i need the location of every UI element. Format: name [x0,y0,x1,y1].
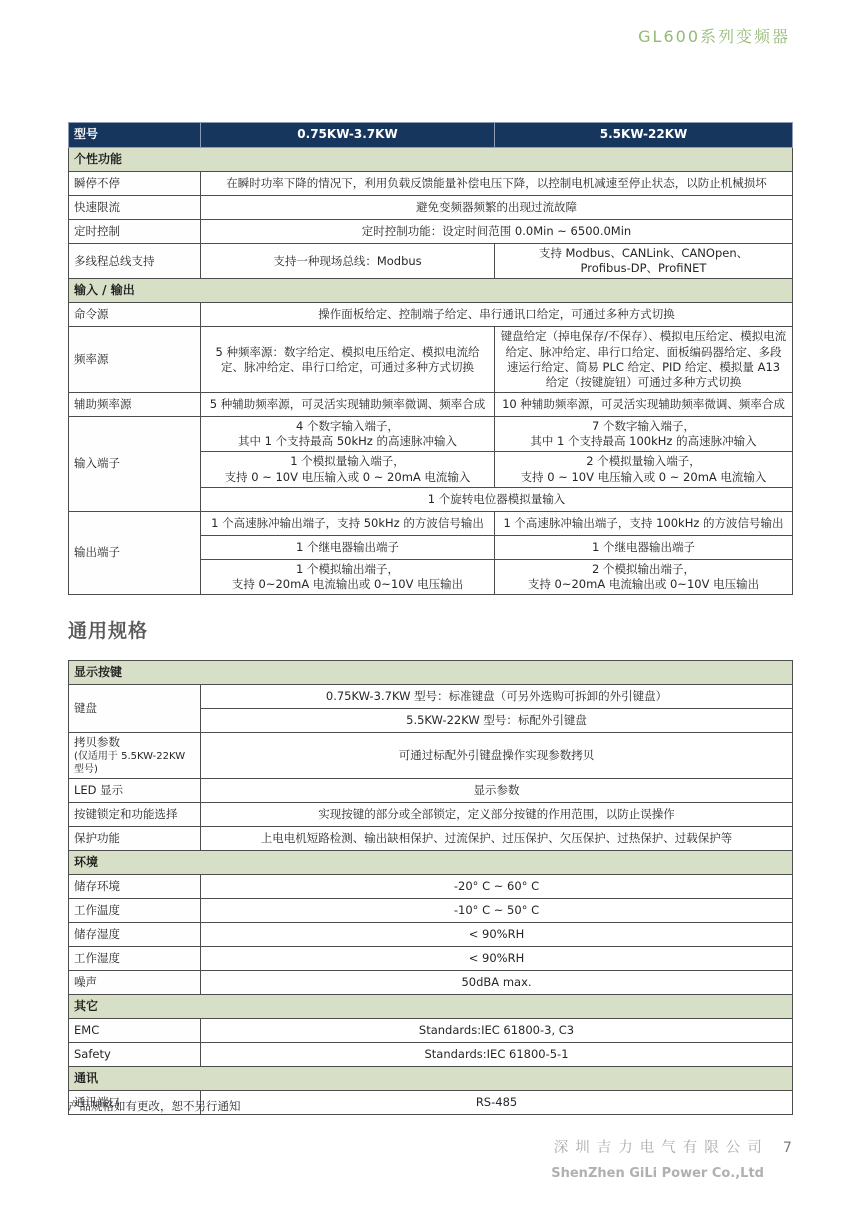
company-name-line: 深圳吉力电气有限公司7 [551,1136,792,1157]
row-label: 按键锁定和功能选择 [69,803,201,827]
cell-value: 1 个高速脉冲输出端子，支持 100kHz 的方波信号输出 [495,511,793,535]
cell-value: 上电电机短路检测、输出缺相保护、过流保护、过压保护、欠压保护、过热保护、过载保护… [201,827,793,851]
cell-value: 7 个数字输入端子， 其中 1 个支持最高 100kHz 的高速脉冲输入 [495,417,793,452]
page-title: GL600系列变频器 [638,24,790,47]
table-row: 多线程总线支持 支持一种现场总线：Modbus 支持 Modbus、CANLin… [69,244,793,279]
row-label: 输出端子 [69,511,201,594]
row-label: 瞬停不停 [69,172,201,196]
cell-value: 1 个模拟量输入端子， 支持 0 ~ 10V 电压输入或 0 ~ 20mA 电流… [201,452,495,487]
section-header: 通讯 [69,1067,793,1091]
section-header: 个性功能 [69,148,793,172]
cell-value: 10 种辅助频率源，可灵活实现辅助频率微调、频率合成 [495,393,793,417]
cell-value: 操作面板给定、控制端子给定、串行通讯口给定，可通过多种方式切换 [201,303,793,327]
row-label: 定时控制 [69,220,201,244]
section-row-other: 其它 [69,995,793,1019]
table-row: 辅助频率源 5 种辅助频率源，可灵活实现辅助频率微调、频率合成 10 种辅助频率… [69,393,793,417]
cell-value: 1 个继电器输出端子 [495,535,793,559]
section-row-communication: 通讯 [69,1067,793,1091]
row-label: 输入端子 [69,417,201,512]
cell-value: -20° C ~ 60° C [201,875,793,899]
row-label: 拷贝参数 (仅适用于 5.5KW-22KW 型号) [69,733,201,779]
cell-value: 1 个旋转电位器模拟量输入 [201,487,793,511]
cell-value: 5 种频率源：数字给定、模拟电压给定、模拟电流给定、脉冲给定、串行口给定，可通过… [201,327,495,393]
page-number: 7 [783,1140,792,1156]
general-spec-table: 显示按键 键盘 0.75KW-3.7KW 型号：标准键盘（可另外选购可拆卸的外引… [68,660,793,1115]
cell-value: 1 个模拟输出端子， 支持 0~20mA 电流输出或 0~10V 电压输出 [201,559,495,594]
table-row: 输入端子 4 个数字输入端子， 其中 1 个支持最高 50kHz 的高速脉冲输入… [69,417,793,452]
table-row: 工作湿度 < 90%RH [69,947,793,971]
cell-value: 50dBA max. [201,971,793,995]
table-row: 拷贝参数 (仅适用于 5.5KW-22KW 型号) 可通过标配外引键盘操作实现参… [69,733,793,779]
cell-value: 0.75KW-3.7KW 型号：标准键盘（可另外选购可拆卸的外引键盘） [201,685,793,709]
table-row: Safety Standards:IEC 61800-5-1 [69,1043,793,1067]
cell-value: 5 种辅助频率源，可灵活实现辅助频率微调、频率合成 [201,393,495,417]
page-footer: 深圳吉力电气有限公司7 ShenZhen GiLi Power Co.,Ltd [551,1136,792,1181]
section-header: 显示按键 [69,661,793,685]
table-row: 储存环境 -20° C ~ 60° C [69,875,793,899]
table-row: 按键锁定和功能选择 实现按键的部分或全部锁定，定义部分按键的作用范围，以防止误操… [69,803,793,827]
table-row: 工作温度 -10° C ~ 50° C [69,899,793,923]
document-page: GL600系列变频器 型号 0.75KW-3.7KW 5.5KW-22KW 个性… [0,0,860,1214]
cell-value: RS-485 [201,1091,793,1115]
cell-value: 4 个数字输入端子， 其中 1 个支持最高 50kHz 的高速脉冲输入 [201,417,495,452]
row-label: 快速限流 [69,196,201,220]
cell-value: 避免变频器频繁的出现过流故障 [201,196,793,220]
cell-value: 1 个继电器输出端子 [201,535,495,559]
row-label: 工作温度 [69,899,201,923]
row-label: 保护功能 [69,827,201,851]
table-row: EMC Standards:IEC 61800-3, C3 [69,1019,793,1043]
general-specs-heading: 通用规格 [68,616,148,643]
cell-value: 2 个模拟输出端子， 支持 0~20mA 电流输出或 0~10V 电压输出 [495,559,793,594]
section-header: 环境 [69,851,793,875]
cell-value: 1 个高速脉冲输出端子，支持 50kHz 的方波信号输出 [201,511,495,535]
row-label: 多线程总线支持 [69,244,201,279]
col-header-model: 型号 [69,123,201,148]
cell-value: 5.5KW-22KW 型号：标配外引键盘 [201,709,793,733]
cell-value: 在瞬时功率下降的情况下，利用负载反馈能量补偿电压下降，以控制电机减速至停止状态，… [201,172,793,196]
table-row: 频率源 5 种频率源：数字给定、模拟电压给定、模拟电流给定、脉冲给定、串行口给定… [69,327,793,393]
cell-value: 实现按键的部分或全部锁定，定义部分按键的作用范围，以防止误操作 [201,803,793,827]
section-row-display-keys: 显示按键 [69,661,793,685]
table-row: 快速限流 避免变频器频繁的出现过流故障 [69,196,793,220]
row-label: 工作湿度 [69,947,201,971]
section-row-environment: 环境 [69,851,793,875]
company-name-cn: 深圳吉力电气有限公司 [554,1140,769,1156]
section-row-personal: 个性功能 [69,148,793,172]
cell-value: Standards:IEC 61800-5-1 [201,1043,793,1067]
section-header: 输入 / 输出 [69,279,793,303]
col-header-large-power: 5.5KW-22KW [495,123,793,148]
row-label: EMC [69,1019,201,1043]
table-row: 命令源 操作面板给定、控制端子给定、串行通讯口给定，可通过多种方式切换 [69,303,793,327]
table-row: 保护功能 上电电机短路检测、输出缺相保护、过流保护、过压保护、欠压保护、过热保护… [69,827,793,851]
section-row-io: 输入 / 输出 [69,279,793,303]
cell-value: 2 个模拟量输入端子， 支持 0 ~ 10V 电压输入或 0 ~ 20mA 电流… [495,452,793,487]
table-row: 输出端子 1 个高速脉冲输出端子，支持 50kHz 的方波信号输出 1 个高速脉… [69,511,793,535]
table-row: 储存湿度 < 90%RH [69,923,793,947]
cell-value: Standards:IEC 61800-3, C3 [201,1019,793,1043]
cell-value: -10° C ~ 50° C [201,899,793,923]
disclaimer-note: 产品规格如有更改，恕不另行通知 [68,1098,241,1114]
table-header-row: 型号 0.75KW-3.7KW 5.5KW-22KW [69,123,793,148]
cell-value: 支持 Modbus、CANLink、CANOpen、 Profibus-DP、P… [495,244,793,279]
row-label: 命令源 [69,303,201,327]
row-label: 噪声 [69,971,201,995]
table-row: 定时控制 定时控制功能：设定时间范围 0.0Min ~ 6500.0Min [69,220,793,244]
row-label-note: (仅适用于 5.5KW-22KW 型号) [74,750,195,776]
table-row: LED 显示 显示参数 [69,779,793,803]
table-row: 噪声 50dBA max. [69,971,793,995]
col-header-small-power: 0.75KW-3.7KW [201,123,495,148]
cell-value: 显示参数 [201,779,793,803]
section-header: 其它 [69,995,793,1019]
cell-value: 支持一种现场总线：Modbus [201,244,495,279]
cell-value: 可通过标配外引键盘操作实现参数拷贝 [201,733,793,779]
cell-value: < 90%RH [201,947,793,971]
row-label: 储存环境 [69,875,201,899]
row-label: LED 显示 [69,779,201,803]
cell-value: 定时控制功能：设定时间范围 0.0Min ~ 6500.0Min [201,220,793,244]
model-spec-table: 型号 0.75KW-3.7KW 5.5KW-22KW 个性功能 瞬停不停 在瞬时… [68,122,793,595]
row-label: Safety [69,1043,201,1067]
cell-value: < 90%RH [201,923,793,947]
row-label: 储存湿度 [69,923,201,947]
table-row: 瞬停不停 在瞬时功率下降的情况下，利用负载反馈能量补偿电压下降，以控制电机减速至… [69,172,793,196]
row-label: 键盘 [69,685,201,733]
table-row: 键盘 0.75KW-3.7KW 型号：标准键盘（可另外选购可拆卸的外引键盘） [69,685,793,709]
row-label-main: 拷贝参数 [74,735,195,750]
row-label: 频率源 [69,327,201,393]
row-label: 辅助频率源 [69,393,201,417]
company-name-en: ShenZhen GiLi Power Co.,Ltd [551,1166,764,1181]
cell-value: 键盘给定（掉电保存/不保存）、模拟电压给定、模拟电流给定、脉冲给定、串行口给定、… [495,327,793,393]
